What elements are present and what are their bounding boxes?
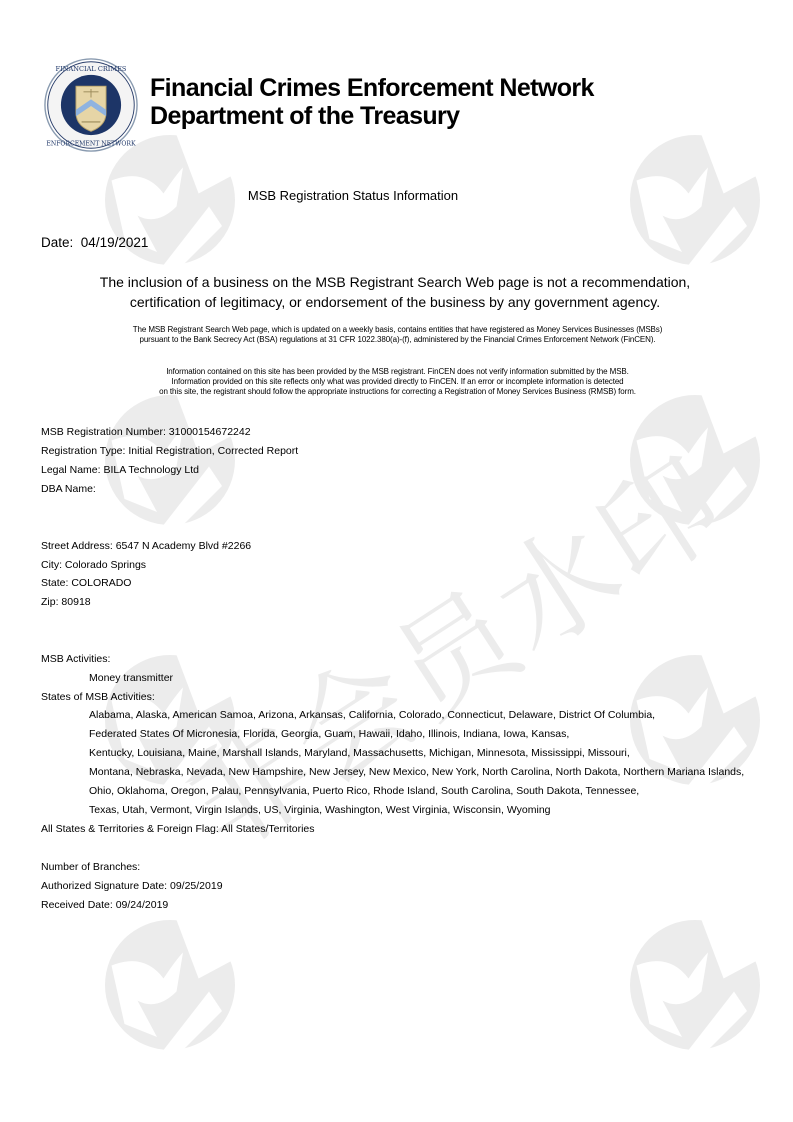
date-value: 04/19/2021 — [81, 235, 149, 250]
authorized-signature-date: Authorized Signature Date: 09/25/2019 — [41, 880, 223, 892]
organization-title: Financial Crimes Enforcement Network Dep… — [150, 74, 594, 130]
registration-number: MSB Registration Number: 31000154672242 — [41, 426, 251, 438]
states-line: Alabama, Alaska, American Samoa, Arizona… — [89, 706, 744, 725]
states-line: Montana, Nebraska, Nevada, New Hampshire… — [89, 763, 744, 782]
street-address: Street Address: 6547 N Academy Blvd #226… — [41, 540, 251, 552]
number-of-branches: Number of Branches: — [41, 861, 140, 873]
note-line: on this site, the registrant should foll… — [40, 387, 755, 397]
org-name-line2: Department of the Treasury — [150, 102, 594, 130]
report-date: Date: 04/19/2021 — [41, 235, 148, 250]
states-line: Ohio, Oklahoma, Oregon, Palau, Pennsylva… — [89, 782, 744, 801]
registrant-search-note: The MSB Registrant Search Web page, whic… — [40, 325, 755, 345]
all-states-flag: All States & Territories & Foreign Flag:… — [41, 823, 315, 835]
disclaimer-line: The inclusion of a business on the MSB R… — [55, 272, 735, 292]
note-line: Information contained on this site has b… — [40, 367, 755, 377]
dba-name: DBA Name: — [41, 483, 96, 495]
received-date: Received Date: 09/24/2019 — [41, 899, 168, 911]
msb-activity-value: Money transmitter — [89, 672, 173, 684]
states-line: Texas, Utah, Vermont, Virgin Islands, US… — [89, 801, 744, 820]
legal-name: Legal Name: BILA Technology Ltd — [41, 464, 199, 476]
information-note: Information contained on this site has b… — [40, 367, 755, 397]
states-label: States of MSB Activities: — [41, 691, 155, 703]
state: State: COLORADO — [41, 577, 131, 589]
states-list: Alabama, Alaska, American Samoa, Arizona… — [89, 706, 744, 820]
states-line: Federated States Of Micronesia, Florida,… — [89, 725, 744, 744]
svg-text:ENFORCEMENT NETWORK: ENFORCEMENT NETWORK — [46, 140, 136, 147]
svg-text:FINANCIAL CRIMES: FINANCIAL CRIMES — [56, 65, 127, 73]
msb-activities-label: MSB Activities: — [41, 653, 110, 665]
note-line: Information provided on this site reflec… — [40, 377, 755, 387]
date-label: Date: — [41, 235, 73, 250]
states-line: Kentucky, Louisiana, Maine, Marshall Isl… — [89, 744, 744, 763]
registration-type: Registration Type: Initial Registration,… — [41, 445, 298, 457]
note-line: pursuant to the Bank Secrecy Act (BSA) r… — [40, 335, 755, 345]
city: City: Colorado Springs — [41, 559, 146, 571]
fincen-seal-icon: FINANCIAL CRIMES ENFORCEMENT NETWORK — [44, 58, 138, 152]
org-name-line1: Financial Crimes Enforcement Network — [150, 74, 594, 102]
disclaimer-line: certification of legitimacy, or endorsem… — [55, 292, 735, 312]
zip: Zip: 80918 — [41, 596, 91, 608]
disclaimer: The inclusion of a business on the MSB R… — [55, 272, 735, 312]
note-line: The MSB Registrant Search Web page, whic… — [40, 325, 755, 335]
document-title: MSB Registration Status Information — [0, 188, 706, 203]
